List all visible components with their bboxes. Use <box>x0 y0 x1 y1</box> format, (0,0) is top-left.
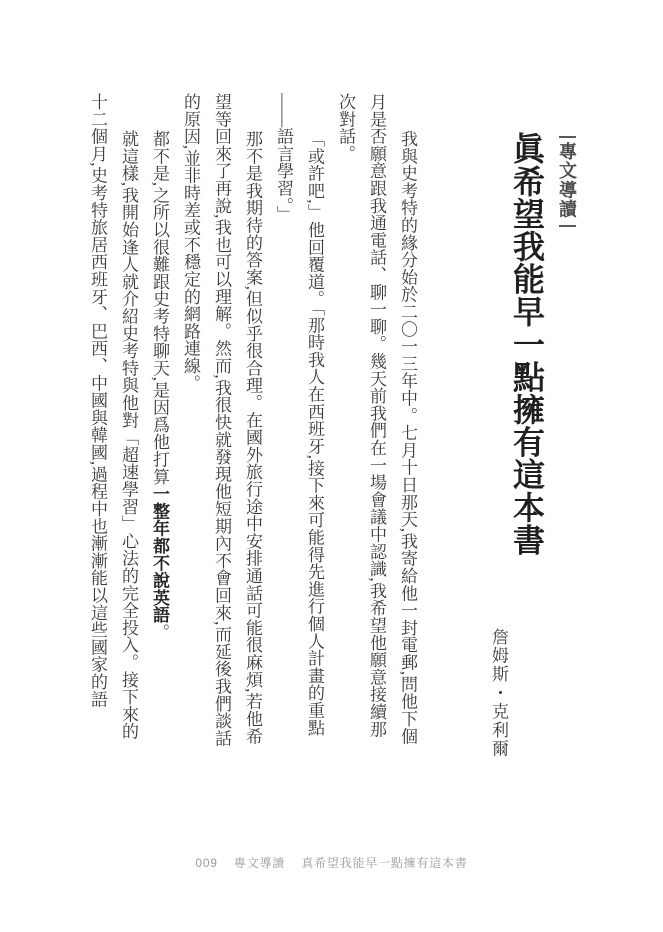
paragraph-4: 都不是,之所以很難跟史考特聊天,是因爲他打算一整年都不說英語。 <box>144 93 175 751</box>
paragraph-2: 「或許吧,」他回覆道。「那時我人在西班牙,接下來可能得先進行個人計畫的重點——語… <box>268 93 330 751</box>
section-label: 專文導讀 <box>555 136 579 227</box>
paragraph-5: 就這樣,我開始逢人就介紹史考特與他對「超速學習」心法的完全投入。接下來的十二個月… <box>82 93 144 751</box>
emphasis-text: 一整年都不說英語 <box>150 485 169 623</box>
footer-page-number: 009 <box>195 856 217 870</box>
footer-section: 專文導讀 <box>234 856 285 870</box>
paragraph-1: 我與史考特的緣分始於二〇一三年中。七月十日那天,我寄給他一封電郵,問他下個月是否… <box>330 93 423 751</box>
paragraph-4-suffix: 。 <box>150 624 169 641</box>
paragraph-3: 那不是我期待的答案,但似乎很合理。在國外旅行途中安排通話可能很麻煩,若他希望等回… <box>175 93 268 751</box>
label-bracket-bottom <box>559 225 576 227</box>
author-name: 詹姆斯・克利爾 <box>488 628 508 758</box>
label-bracket-top <box>559 136 576 138</box>
paragraph-4-prefix: 都不是,之所以很難跟史考特聊天,是因爲他打算 <box>150 130 169 485</box>
page-footer: 009 專文導讀 真希望我能早一點擁有這本書 <box>0 855 663 871</box>
section-label-text: 專文導讀 <box>555 142 579 219</box>
page-title: 眞希望我能早一點擁有這本書 <box>508 132 546 556</box>
body-text: 我與史考特的緣分始於二〇一三年中。七月十日那天,我寄給他一封電郵,問他下個月是否… <box>77 93 423 751</box>
book-page: 專文導讀 眞希望我能早一點擁有這本書 詹姆斯・克利爾 我與史考特的緣分始於二〇一… <box>0 0 663 932</box>
footer-book-title: 真希望我能早一點擁有這本書 <box>301 856 467 870</box>
